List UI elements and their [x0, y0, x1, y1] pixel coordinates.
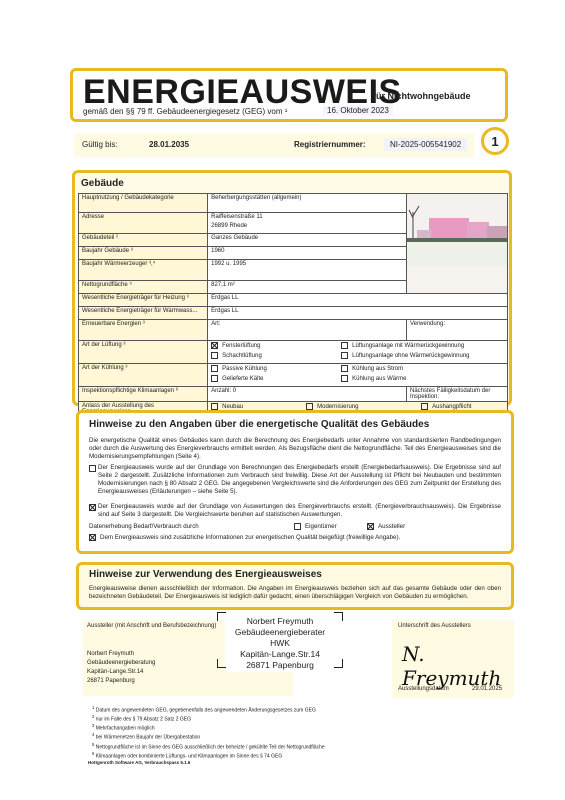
- value-renewables-use: Verwendung:: [406, 320, 507, 341]
- label-heating-carrier: Wesentliche Energieträger für Heizung ³: [79, 294, 208, 307]
- label-main-use: Hauptnutzung / Gebäudekategorie: [79, 194, 208, 213]
- label-building-part: Gebäudeteil ²: [79, 234, 208, 247]
- building-table: Hauptnutzung / GebäudekategorieBeherberg…: [78, 193, 508, 427]
- value-inspection-next: Nächstes Fälligkeitsdatum der Inspektion…: [406, 387, 507, 402]
- issue-date-label: Ausstellungsdatum: [398, 686, 449, 692]
- checkbox-consumption-certificate[interactable]: [89, 504, 96, 511]
- building-photo: [406, 194, 507, 294]
- address-city: 26899 Rhede: [211, 223, 403, 229]
- value-inspection-count: Anzahl: 0: [208, 387, 407, 402]
- software-credit: Hottgenroth Software AG, Verbrauchspass …: [88, 760, 190, 765]
- label-heater-year: Baujahr Wärmeerzeuger ³,⁴: [79, 260, 208, 281]
- additional-info-text: Dem Energieausweis sind zusätzliche Info…: [100, 534, 400, 541]
- option-passive-cooling: Passive Kühlung: [222, 366, 267, 372]
- footnote-4: 4 bei Wärmenetzen Baujahr der Übergabest…: [92, 732, 325, 741]
- label-net-floor-area: Nettogrundfläche ⁵: [79, 281, 208, 294]
- law-date: 16. Oktober 2023: [323, 106, 393, 115]
- label-ventilation: Art der Lüftung ³: [79, 341, 208, 364]
- usage-text: Energieausweise dienen ausschließlich de…: [89, 585, 501, 601]
- value-main-use: Beherbergungsstätten (allgemein): [208, 194, 407, 213]
- quality-notes-intro: Die energetische Qualität eines Gebäudes…: [89, 437, 501, 461]
- address-street: Raiffeisenstraße 11: [211, 214, 403, 220]
- issuer-address: Norbert Freymuth Gebäudeenergieberatung …: [87, 650, 155, 686]
- issuer-line: Kapitän-Lange.Str.14: [87, 668, 155, 677]
- checkbox-new-building[interactable]: [211, 403, 218, 410]
- building-section: Gebäude Hauptnutzung / GebäudekategorieB…: [72, 170, 512, 406]
- checkbox-owner[interactable]: [294, 523, 301, 530]
- option-cooling-electricity: Kühlung aus Strom: [352, 366, 403, 372]
- footnotes: 1 Datum des angewendeten GEG, gegebenenf…: [92, 705, 325, 760]
- owner-label: Eigentümer: [305, 523, 337, 530]
- value-building-part: Ganzes Gebäude: [208, 234, 407, 247]
- value-renewables-type: Art:: [208, 320, 407, 341]
- footnote-3: 3 Mehrfachangaben möglich: [92, 723, 325, 732]
- option-window-ventilation: Fensterlüftung: [222, 343, 260, 349]
- valid-value: 28.01.2035: [149, 140, 189, 149]
- issue-date-value: 29.01.2025: [472, 686, 502, 692]
- footnote-2: 2 nur im Falle des § 79 Absatz 2 Satz 2 …: [92, 714, 325, 723]
- signature: N. Freymuth: [402, 642, 514, 690]
- checkbox-additional-info[interactable]: [89, 534, 96, 541]
- reg-value: NI-2025-005541902: [384, 138, 467, 151]
- label-inspection: Inspektionspflichtige Klimaanlagen ⁶: [79, 387, 208, 402]
- value-hotwater-carrier: Erdgas LL: [208, 307, 508, 320]
- checkbox-ventilation-without-recovery[interactable]: [341, 352, 348, 359]
- option-delivered-cold: Gelieferte Kälte: [222, 376, 263, 382]
- value-heater-year: 1992 u. 1995: [208, 260, 407, 281]
- footnote-1: 1 Datum des angewendeten GEG, gegebenenf…: [92, 705, 325, 714]
- usage-notes-section: Hinweise zur Verwendung des Energieauswe…: [76, 562, 514, 610]
- validity-bar: Gültig bis: 28.01.2035 Registriernummer:…: [74, 133, 474, 157]
- checkbox-cooling-heat[interactable]: [341, 375, 348, 382]
- quality-notes-section: Hinweise zu den Angaben über die energet…: [76, 410, 514, 554]
- cooling-options: Passive KühlungKühlung aus Strom Geliefe…: [208, 364, 508, 387]
- label-cooling: Art der Kühlung ³: [79, 364, 208, 387]
- issuer-line: Gebäudeenergieberatung: [87, 659, 155, 668]
- option-ventilation-without-recovery: Lüftungsanlage ohne Wärmerückgewinnung: [352, 353, 469, 359]
- demand-option: Der Energieausweis wurde auf der Grundla…: [89, 464, 501, 496]
- law-line: gemäß den §§ 79 ff. Gebäudeenergiegesetz…: [83, 107, 287, 116]
- checkbox-posting-obligation[interactable]: [421, 403, 428, 410]
- option-ventilation-with-recovery: Lüftungsanlage mit Wärmerückgewinnung: [352, 343, 464, 349]
- signature-label: Unterschrift des Ausstellers: [398, 623, 471, 629]
- option-cooling-heat: Kühlung aus Wärme: [352, 376, 406, 382]
- footnote-6: 6 Klimaanlagen oder kombinierte Lüftungs…: [92, 751, 325, 760]
- value-net-floor-area: 827,1 m²: [208, 281, 407, 294]
- consumption-option: Der Energieausweis wurde auf der Grundla…: [89, 503, 501, 519]
- valid-label: Gültig bis:: [82, 140, 118, 149]
- checkbox-issuer[interactable]: [367, 523, 374, 530]
- stamp-line: Gebäudeenergieberater HWK: [225, 627, 335, 649]
- document-subtitle: für Nichtwohngebäude: [373, 91, 471, 101]
- checkbox-ventilation-with-recovery[interactable]: [341, 342, 348, 349]
- issuer-label-heading: Aussteller (mit Anschrift und Berufsbeze…: [87, 623, 216, 629]
- checkbox-demand-certificate[interactable]: [89, 465, 96, 472]
- issuer-line: 26871 Papenburg: [87, 677, 155, 686]
- value-year-built: 1960: [208, 247, 407, 260]
- reg-label: Registriernummer:: [294, 140, 366, 149]
- page-number-badge: 1: [481, 127, 509, 155]
- value-address: Raiffeisenstraße 1126899 Rhede: [208, 213, 407, 234]
- issuer-line: Norbert Freymuth: [87, 650, 155, 659]
- signature-block: Unterschrift des Ausstellers N. Freymuth…: [392, 620, 514, 698]
- issuer-stamp: Norbert Freymuth Gebäudeenergieberater H…: [225, 612, 335, 672]
- checkbox-passive-cooling[interactable]: [211, 365, 218, 372]
- title-box: ENERGIEAUSWEIS für Nichtwohngebäude gemä…: [70, 68, 508, 122]
- data-collection-row: Datenerhebung Bedarf/Verbrauch durch Eig…: [89, 523, 501, 531]
- label-address: Adresse: [79, 213, 208, 234]
- ventilation-options: FensterlüftungLüftungsanlage mit Wärmerü…: [208, 341, 508, 364]
- stamp-line: 26871 Papenburg: [225, 660, 335, 671]
- checkbox-cooling-electricity[interactable]: [341, 365, 348, 372]
- consumption-option-text: Der Energieausweis wurde auf der Grundla…: [98, 503, 501, 518]
- demand-option-text: Der Energieausweis wurde auf der Grundla…: [98, 464, 501, 495]
- checkbox-modernisation[interactable]: [306, 403, 313, 410]
- building-heading: Gebäude: [81, 178, 124, 189]
- checkbox-shaft-ventilation[interactable]: [211, 352, 218, 359]
- footnote-5: 5 Nettogrundfläche ist im Sinne des GEG …: [92, 742, 325, 751]
- checkbox-delivered-cold[interactable]: [211, 375, 218, 382]
- value-heating-carrier: Erdgas LL: [208, 294, 508, 307]
- usage-heading: Hinweise zur Verwendung des Energieauswe…: [89, 569, 322, 580]
- stamp-line: Norbert Freymuth: [225, 616, 335, 627]
- label-renewables: Erneuerbare Energien ³: [79, 320, 208, 341]
- option-shaft-ventilation: Schachtlüftung: [222, 353, 262, 359]
- building-photo-icon: [407, 194, 507, 266]
- additional-info-row: Dem Energieausweis sind zusätzliche Info…: [89, 534, 501, 542]
- label-hotwater-carrier: Wesentliche Energieträger für Warmwass..…: [79, 307, 208, 320]
- data-collection-label: Datenerhebung Bedarf/Verbrauch durch: [89, 523, 199, 530]
- issuer-label: Aussteller: [378, 523, 405, 530]
- label-year-built: Baujahr Gebäude ³: [79, 247, 208, 260]
- checkbox-window-ventilation[interactable]: [211, 342, 218, 349]
- stamp-line: Kapitän-Lange.Str.14: [225, 649, 335, 660]
- quality-notes-heading: Hinweise zu den Angaben über die energet…: [89, 419, 429, 430]
